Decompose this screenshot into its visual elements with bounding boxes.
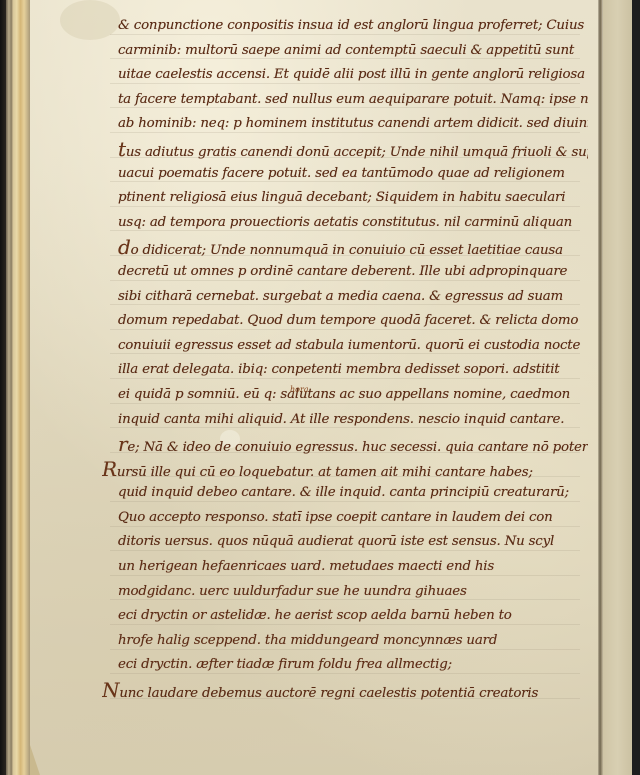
old-english-line: eci dryctin or astelidæ. he aerist scop … — [118, 604, 588, 629]
old-english-line: hrofe halig sceppend. tha middungeard mo… — [118, 629, 588, 654]
gutter-margin — [603, 0, 632, 775]
manuscript-viewer: & conpunctione conpositis insua id est a… — [0, 0, 640, 775]
manuscript-line: usq: ad tempora prouectioris aetatis con… — [118, 211, 588, 236]
manuscript-line: domum repedabat. Quod dum tempore quodā … — [118, 309, 588, 334]
old-english-line: eci dryctin. æfter tiadæ firum foldu fre… — [118, 653, 588, 678]
manuscript-line: inquid canta mihi aliquid. At ille respo… — [118, 408, 588, 433]
manuscript-text-block: & conpunctione conpositis insua id est a… — [118, 14, 588, 703]
page-edge-stack — [6, 0, 30, 775]
manuscript-line: decretū ut omnes p ordinē cantare debere… — [118, 260, 588, 285]
manuscript-line: quid inquid debeo cantare. & ille inquid… — [118, 481, 588, 506]
manuscript-line: ditoris uersus. quos nūquā audierat quor… — [118, 530, 588, 555]
viewer-right-border — [632, 0, 640, 775]
manuscript-line: uitae caelestis accensi. Et quidē alii p… — [118, 63, 588, 88]
manuscript-line: Nunc laudare debemus auctorē regni caele… — [102, 678, 588, 703]
manuscript-line: ta facere temptabant. sed nullus eum aeq… — [118, 88, 588, 113]
page-corner-fold — [30, 745, 40, 775]
manuscript-line: do didicerat; Unde nonnumquā in conuiuio… — [118, 235, 588, 260]
manuscript-line: Rursū ille qui cū eo loquebatur. at tame… — [102, 457, 588, 482]
manuscript-line: illa erat delegata. ibiq: conpetenti mem… — [118, 358, 588, 383]
manuscript-line: sibi citharā cernebat. surgebat a media … — [118, 285, 588, 310]
manuscript-line: & conpunctione conpositis insua id est a… — [118, 14, 588, 39]
manuscript-line: uacui poematis facere potuit. sed ea tan… — [118, 162, 588, 187]
manuscript-line: carminib: multorū saepe animi ad contemp… — [118, 39, 588, 64]
manuscript-line: ab hominib: neq: p hominem institutus ca… — [118, 112, 588, 137]
interlinear-gloss: hora — [290, 385, 309, 394]
manuscript-line: ptinent religiosā eius linguā decebant; … — [118, 186, 588, 211]
old-english-line: modgidanc. uerc uuldurfadur sue he uundr… — [118, 580, 588, 605]
manuscript-line: conuiuii egressus esset ad stabula iumen… — [118, 334, 588, 359]
manuscript-line: re; Nā & ideo de conuiuio egressus. huc … — [118, 432, 588, 457]
manuscript-line: ei quidā p somniū. eū q: salutans ac suo… — [118, 383, 588, 408]
old-english-line: un herigean hefaenricaes uard. metudaes … — [118, 555, 588, 580]
manuscript-line: Quo accepto responso. statī ipse coepit … — [118, 506, 588, 531]
manuscript-line: tus adiutus gratis canendi donū accepit;… — [118, 137, 588, 162]
